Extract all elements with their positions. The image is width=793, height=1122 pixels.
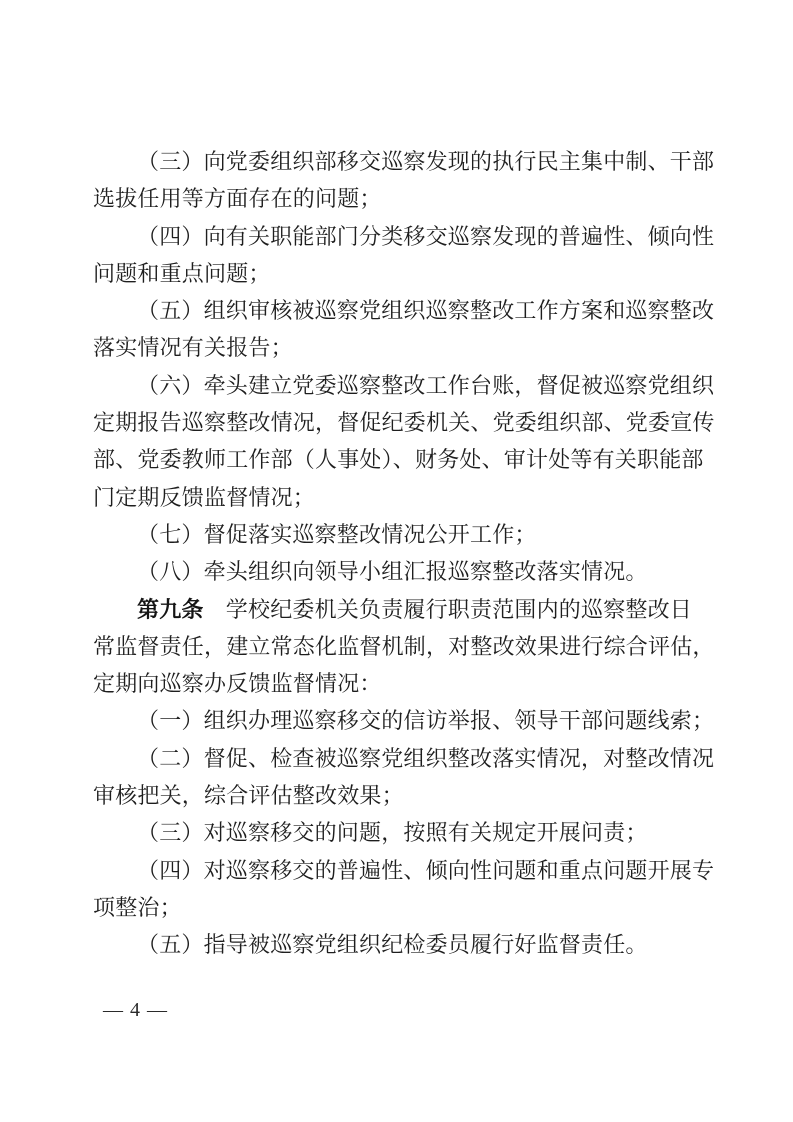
text-line: （三）对巡察移交的问题，按照有关规定开展问责； bbox=[93, 814, 715, 851]
text-line: 审核把关，综合评估整改效果； bbox=[93, 777, 715, 814]
text-line: 门定期反馈监督情况； bbox=[93, 479, 715, 516]
page-number: — 4 — bbox=[103, 999, 168, 1022]
text-line: 定期报告巡察整改情况，督促纪委机关、党委组织部、党委宣传 bbox=[93, 404, 715, 441]
document-body: （三）向党委组织部移交巡察发现的执行民主集中制、干部选拔任用等方面存在的问题；（… bbox=[93, 143, 715, 964]
text-line: （五）组织审核被巡察党组织巡察整改工作方案和巡察整改 bbox=[93, 292, 715, 329]
text-line: （二）督促、检查被巡察党组织整改落实情况，对整改情况 bbox=[93, 740, 715, 777]
text-line: 项整治； bbox=[93, 889, 715, 926]
text-line: （六）牵头建立党委巡察整改工作台账，督促被巡察党组织 bbox=[93, 367, 715, 404]
text-line: （五）指导被巡察党组织纪检委员履行好监督责任。 bbox=[93, 926, 715, 963]
text-line: （四）对巡察移交的普遍性、倾向性问题和重点问题开展专 bbox=[93, 852, 715, 889]
text-line: 问题和重点问题； bbox=[93, 255, 715, 292]
text-line: （一）组织办理巡察移交的信访举报、领导干部问题线索； bbox=[93, 702, 715, 739]
document-page: （三）向党委组织部移交巡察发现的执行民主集中制、干部选拔任用等方面存在的问题；（… bbox=[0, 0, 793, 1122]
text-line: 定期向巡察办反馈监督情况： bbox=[93, 665, 715, 702]
text-line: 第九条 学校纪委机关负责履行职责范围内的巡察整改日 bbox=[93, 591, 715, 628]
text-line: （四）向有关职能部门分类移交巡察发现的普遍性、倾向性 bbox=[93, 218, 715, 255]
text-line: 部、党委教师工作部（人事处）、财务处、审计处等有关职能部 bbox=[93, 441, 715, 478]
text-line: 落实情况有关报告； bbox=[93, 329, 715, 366]
text-line: （八）牵头组织向领导小组汇报巡察整改落实情况。 bbox=[93, 553, 715, 590]
text-line: 选拔任用等方面存在的问题； bbox=[93, 180, 715, 217]
article-number-label: 第九条 bbox=[137, 597, 204, 622]
text-line: 常监督责任，建立常态化监督机制，对整改效果进行综合评估， bbox=[93, 628, 715, 665]
text-line: （七）督促落实巡察整改情况公开工作； bbox=[93, 516, 715, 553]
text-line: （三）向党委组织部移交巡察发现的执行民主集中制、干部 bbox=[93, 143, 715, 180]
